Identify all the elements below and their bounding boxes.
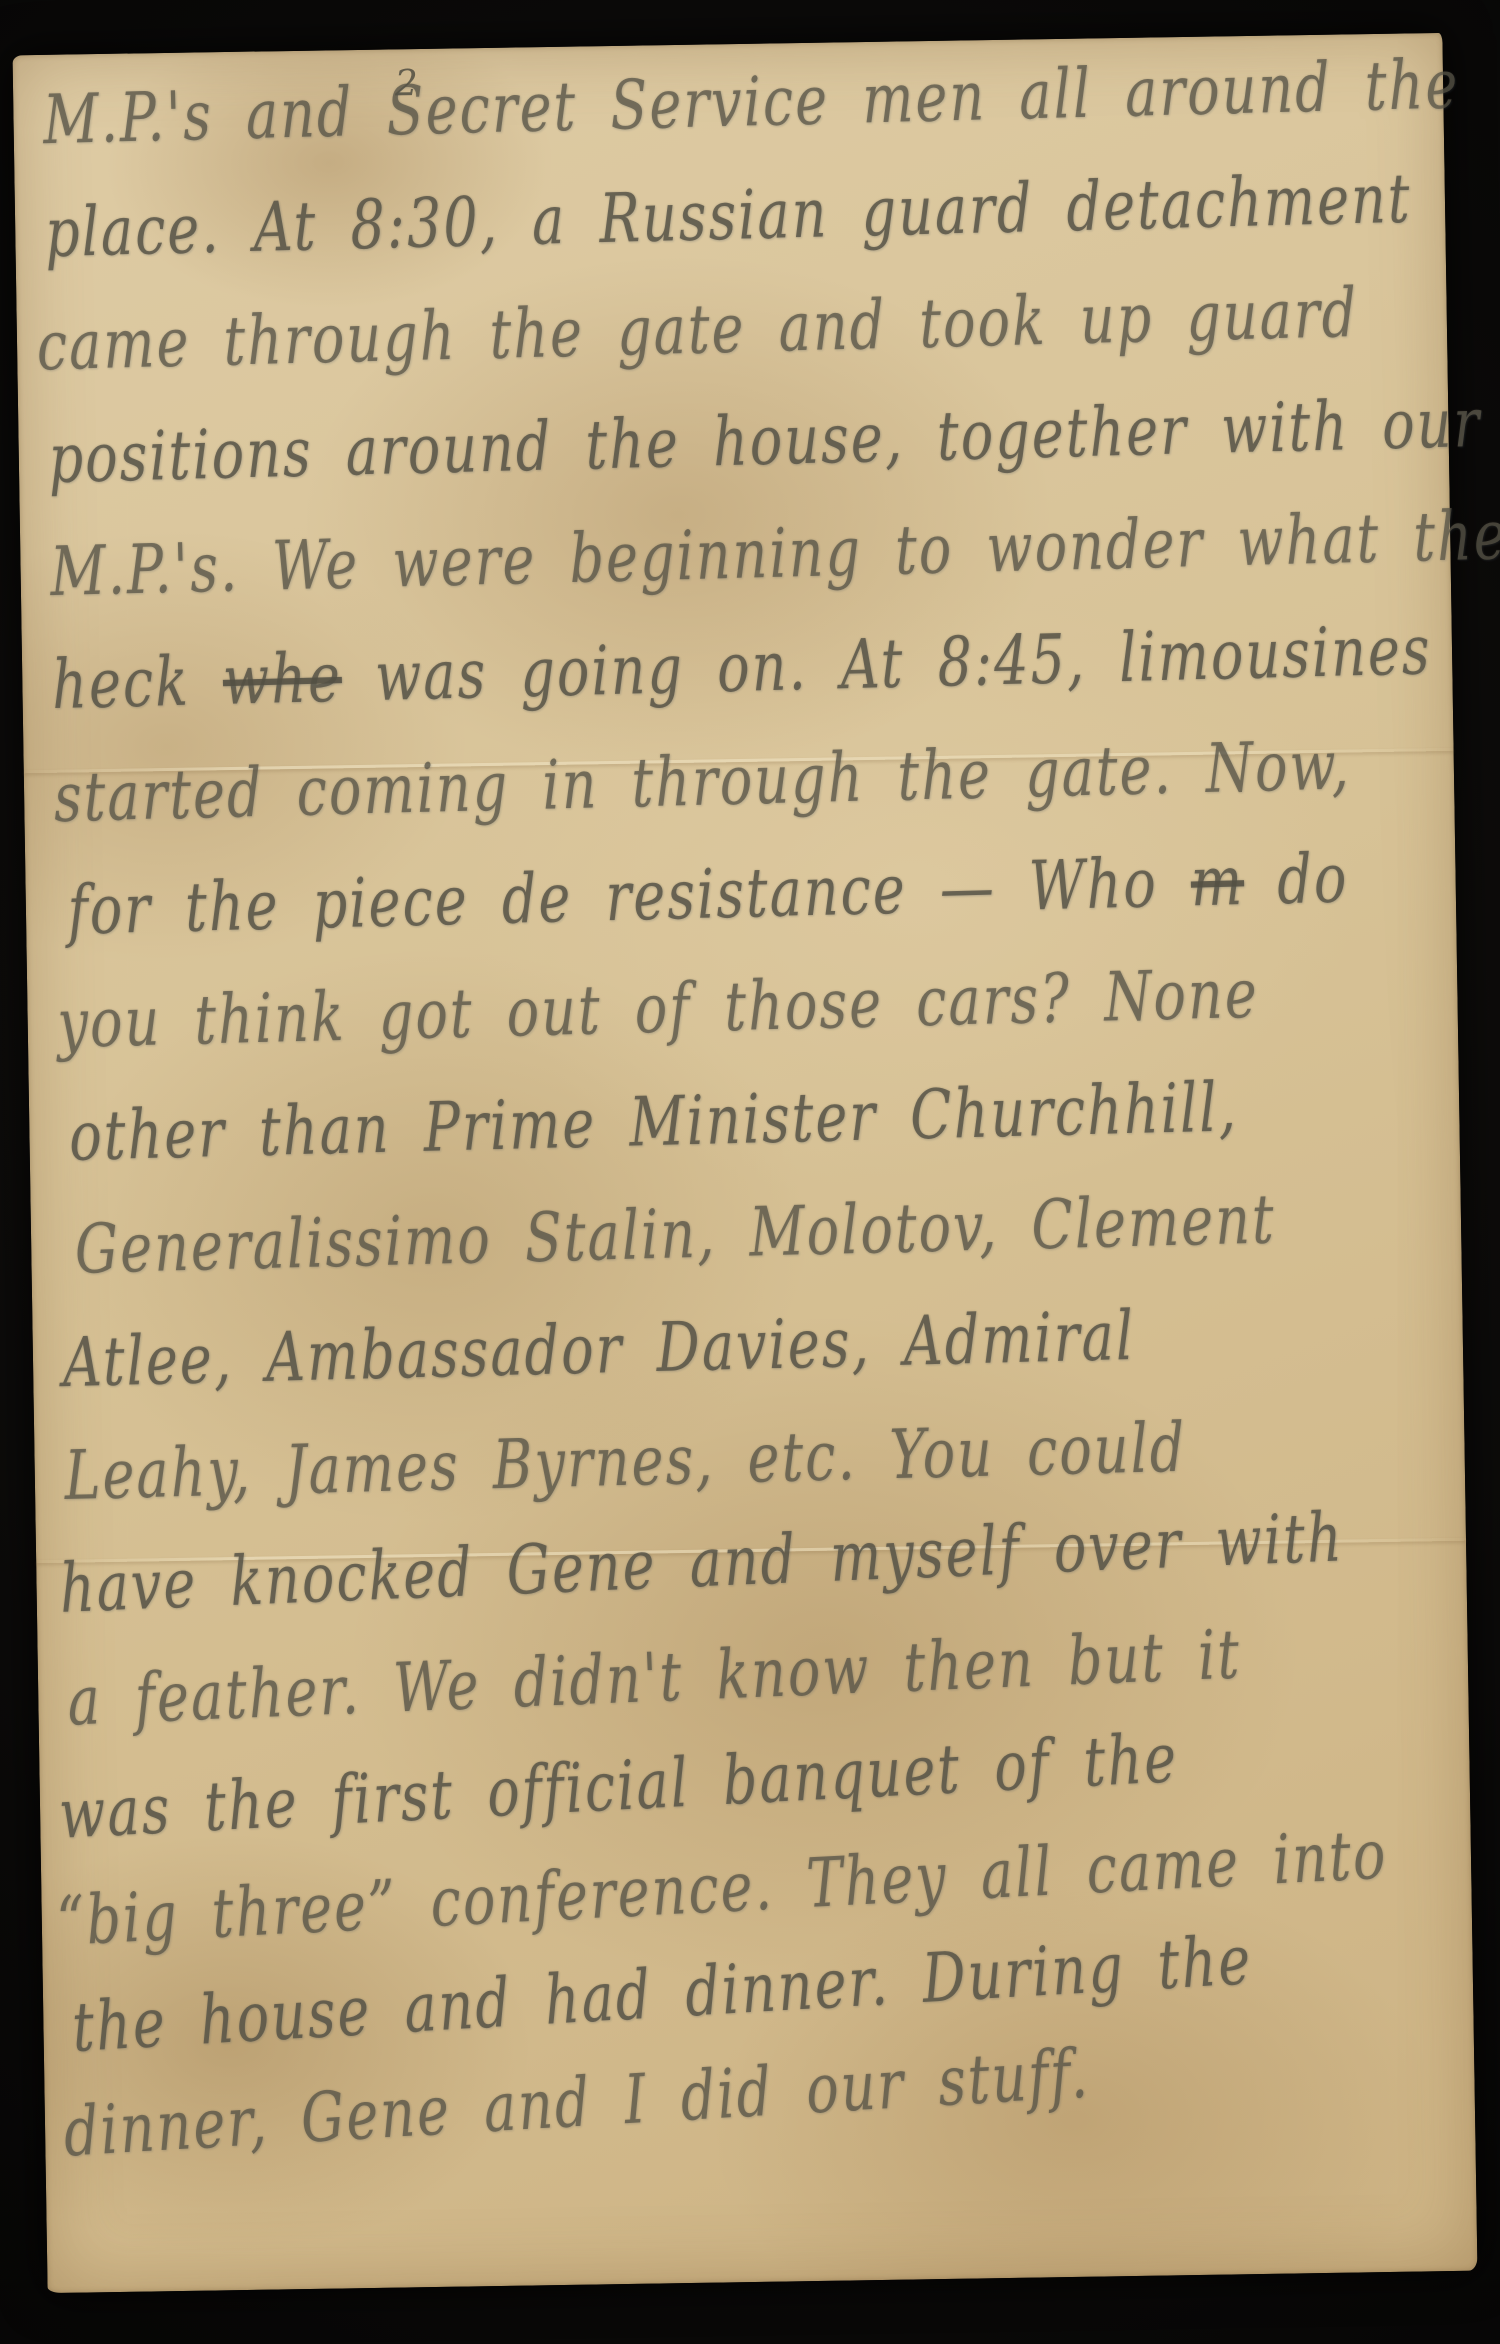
struck-word: m xyxy=(1190,841,1245,922)
letter-page: 2 M.P.'s and Secret Service men all arou… xyxy=(13,33,1478,2293)
photo-background: 2 M.P.'s and Secret Service men all arou… xyxy=(0,0,1500,2344)
letter-body: M.P.'s and Secret Service men all around… xyxy=(13,33,1477,2214)
struck-word: whe xyxy=(222,638,343,720)
